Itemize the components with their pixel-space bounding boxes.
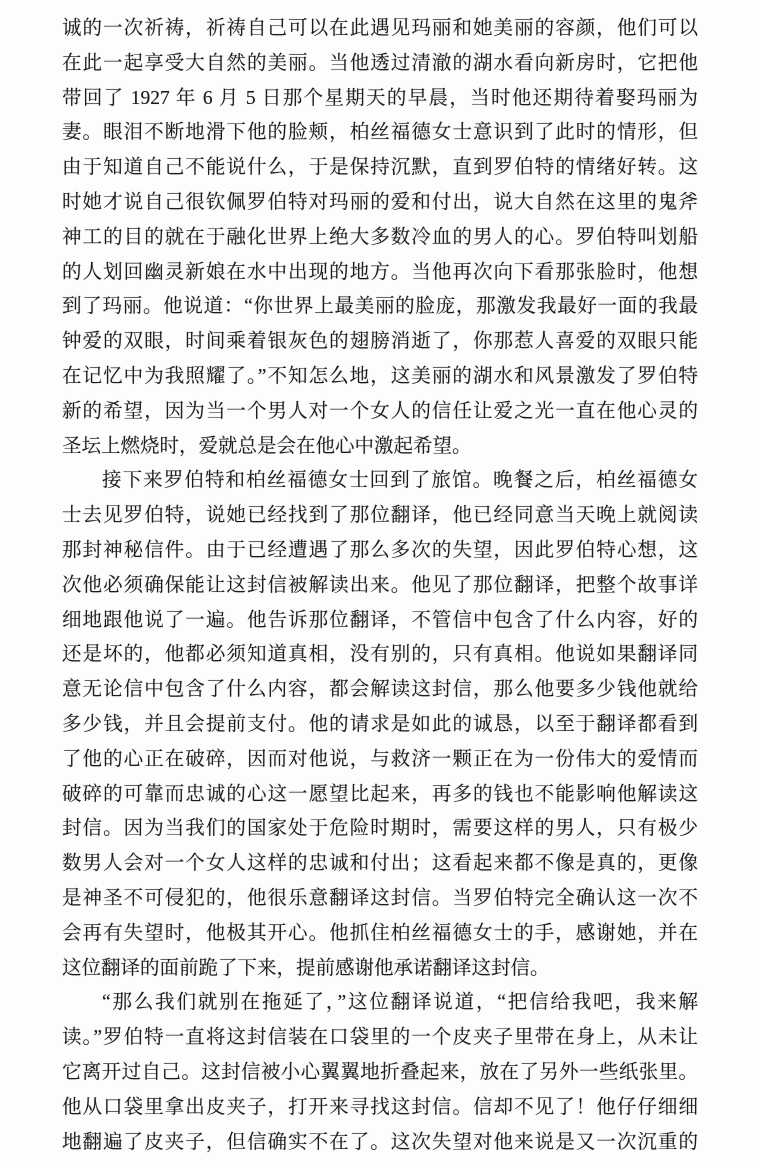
text-line: 多少钱，并且会提前支付。他的请求是如此的诚恳，以至于翻译都看到: [62, 708, 698, 743]
text-line: 它离开过自己。这封信被小心翼翼地折叠起来，放在了另外一些纸张里。: [62, 1056, 698, 1091]
text-line: 圣坛上燃烧时，爱就总是会在他心中激起希望。: [62, 430, 698, 465]
paragraph: 接下来罗伯特和柏丝福德女士回到了旅馆。晚餐之后，柏丝福德女士去见罗伯特，说她已经…: [62, 464, 698, 986]
text-line: 神工的目的就在于融化世界上绝大多数冷血的男人的心。罗伯特叫划船: [62, 221, 698, 256]
text-line: 细地跟他说了一遍。他告诉那位翻译，不管信中包含了什么内容，好的: [62, 604, 698, 639]
text-line: 带回了 1927 年 6 月 5 日那个星期天的早晨，当时他还期待着娶玛丽为: [62, 82, 698, 117]
text-line: 时她才说自己很钦佩罗伯特对玛丽的爱和付出，说大自然在这里的鬼斧: [62, 186, 698, 221]
text-line: 他从口袋里拿出皮夹子，打开来寻找这封信。信却不见了！他仔仔细细: [62, 1091, 698, 1126]
text-line: 数男人会对一个女人这样的忠诚和付出；这看起来都不像是真的，更像: [62, 847, 698, 882]
text-line: 封信。因为当我们的国家处于危险时期时，需要这样的男人，只有极少: [62, 812, 698, 847]
text-line: 地翻遍了皮夹子，但信确实不在了。这次失望对他来说是又一次沉重的: [62, 1126, 698, 1161]
text-line: 由于知道自己不能说什么，于是保持沉默，直到罗伯特的情绪好转。这: [62, 151, 698, 186]
paragraph: “那么我们就别在拖延了，”这位翻译说道，“把信给我吧，我来解读。”罗伯特一直将这…: [62, 986, 698, 1160]
text-line: 了他的心正在破碎，因而对他说，与救济一颗正在为一份伟大的爱情而: [62, 743, 698, 778]
paragraph: 诚的一次祈祷，祈祷自己可以在此遇见玛丽和她美丽的容颜，他们可以在此一起享受大自然…: [62, 12, 698, 464]
text-line: 读。”罗伯特一直将这封信装在口袋里的一个皮夹子里带在身上，从未让: [62, 1021, 698, 1056]
text-line: 意无论信中包含了什么内容，都会解读这封信，那么他要多少钱他就给: [62, 673, 698, 708]
book-page: 诚的一次祈祷，祈祷自己可以在此遇见玛丽和她美丽的容颜，他们可以在此一起享受大自然…: [0, 0, 758, 1162]
text-line: 诚的一次祈祷，祈祷自己可以在此遇见玛丽和她美丽的容颜，他们可以: [62, 12, 698, 47]
text-line: 钟爱的双眼，时间乘着银灰色的翅膀消逝了，你那惹人喜爱的双眼只能: [62, 325, 698, 360]
text-line: 接下来罗伯特和柏丝福德女士回到了旅馆。晚餐之后，柏丝福德女: [62, 464, 698, 499]
text-line: 破碎的可靠而忠诚的心这一愿望比起来，再多的钱也不能影响他解读这: [62, 778, 698, 813]
text-line: 这位翻译的面前跪了下来，提前感谢他承诺翻译这封信。: [62, 952, 698, 987]
text-line: 是神圣不可侵犯的，他很乐意翻译这封信。当罗伯特完全确认这一次不: [62, 882, 698, 917]
page-text: 诚的一次祈祷，祈祷自己可以在此遇见玛丽和她美丽的容颜，他们可以在此一起享受大自然…: [0, 0, 758, 1160]
text-line: 那封神秘信件。由于已经遭遇了那么多次的失望，因此罗伯特心想，这: [62, 534, 698, 569]
text-line: 还是坏的，他都必须知道真相，没有别的，只有真相。他说如果翻译同: [62, 638, 698, 673]
text-line: 在记忆中为我照耀了。”不知怎么地，这美丽的湖水和风景激发了罗伯特: [62, 360, 698, 395]
text-line: “那么我们就别在拖延了，”这位翻译说道，“把信给我吧，我来解: [62, 986, 698, 1021]
text-line: 次他必须确保能让这封信被解读出来。他见了那位翻译，把整个故事详: [62, 569, 698, 604]
text-line: 在此一起享受大自然的美丽。当他透过清澈的湖水看向新房时，它把他: [62, 47, 698, 82]
text-line: 新的希望，因为当一个男人对一个女人的信任让爱之光一直在他心灵的: [62, 395, 698, 430]
text-line: 到了玛丽。他说道：“你世界上最美丽的脸庞，那激发我最好一面的我最: [62, 290, 698, 325]
text-line: 妻。眼泪不断地滑下他的脸颊，柏丝福德女士意识到了此时的情形，但: [62, 116, 698, 151]
text-line: 会再有失望时，他极其开心。他抓住柏丝福德女士的手，感谢她，并在: [62, 917, 698, 952]
text-line: 的人划回幽灵新娘在水中出现的地方。当他再次向下看那张脸时，他想: [62, 256, 698, 291]
text-line: 士去见罗伯特，说她已经找到了那位翻译，他已经同意当天晚上就阅读: [62, 499, 698, 534]
